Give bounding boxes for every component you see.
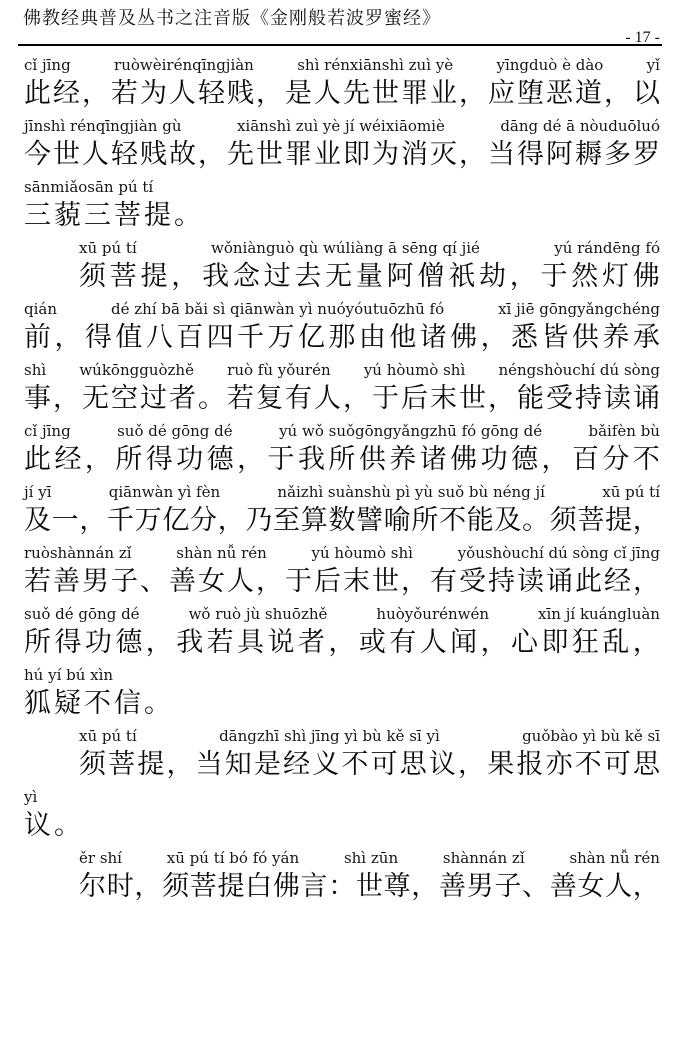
- pinyin-line: qiándé zhí bā bǎi sì qiānwàn yì nuóyóutu…: [24, 299, 660, 320]
- hanzi-char: 罪: [285, 137, 312, 172]
- hanzi-char: 以: [633, 76, 660, 111]
- hanzi-char: 子: [111, 564, 138, 599]
- hanzi-line: 及一，千万亿分，乃至算数譬喻所不能及。须菩提，: [24, 503, 660, 538]
- hanzi-char: 时: [107, 869, 134, 904]
- pinyin-line: yì: [24, 787, 660, 808]
- pinyin-line: jí yīqiānwàn yì fènnǎizhì suànshù pì yù …: [24, 482, 660, 503]
- pinyin-line: xū pú tídāngzhī shì jīng yì bù kě sī yìg…: [79, 726, 660, 747]
- hanzi-char: 若: [111, 76, 138, 111]
- hanzi-char: 提: [217, 869, 244, 904]
- hanzi-char: 算: [301, 503, 328, 538]
- hanzi-char: 义: [312, 747, 339, 782]
- hanzi-char: 持: [488, 564, 515, 599]
- hanzi-char: ，: [134, 869, 161, 904]
- hanzi-char: 提: [141, 259, 168, 294]
- pinyin-group: yīngduò è dào: [496, 55, 603, 76]
- hanzi-char: 所: [411, 503, 438, 538]
- pinyin-group: cǐ jīng: [24, 55, 71, 76]
- hanzi-char: 万: [135, 503, 162, 538]
- hanzi-char: 罗: [633, 137, 660, 172]
- hanzi-char: 者: [169, 381, 196, 416]
- pinyin-group: wǒ ruò jù shuōzhě: [189, 604, 328, 625]
- hanzi-char: 一: [52, 503, 79, 538]
- hanzi-char: 轻: [111, 137, 138, 172]
- pinyin-line: hú yí bú xìn: [24, 665, 660, 686]
- pinyin-group: xīn jí kuángluàn: [538, 604, 660, 625]
- hanzi-char: 贱: [227, 76, 254, 111]
- pinyin-group: qiānwàn yì fèn: [109, 482, 220, 503]
- hanzi-line: 前，得值八百四千万亿那由他诸佛，悉皆供养承: [24, 320, 660, 355]
- hanzi-char: 空: [111, 381, 138, 416]
- hanzi-line: 所得功德，我若具说者，或有人闻，心即狂乱，: [24, 625, 660, 660]
- hanzi-char: 功: [85, 625, 112, 660]
- hanzi-char: 须: [550, 503, 577, 538]
- hanzi-char: 我: [298, 442, 325, 477]
- sutra-page: 佛教经典普及丛书之注音版《金刚般若波罗蜜经》 - 17 - cǐ jīngruò…: [0, 0, 690, 1037]
- ruby-line: ruòshànnán zǐshàn nǚ rényú hòumò shìyǒus…: [24, 543, 660, 599]
- hanzi-char: 得: [146, 442, 173, 477]
- pinyin-group: dāngzhī shì jīng yì bù kě sī yì: [219, 726, 440, 747]
- hanzi-char: 世: [372, 76, 399, 111]
- hanzi-char: ，: [218, 503, 245, 538]
- pinyin-group: cǐ jīng: [24, 421, 71, 442]
- pinyin-group: shì zūn: [344, 848, 398, 869]
- hanzi-char: 悉: [511, 320, 538, 355]
- hanzi-char: 人: [314, 381, 341, 416]
- hanzi-char: 此: [24, 76, 51, 111]
- pinyin-group: shì: [24, 360, 46, 381]
- page-header-title: 佛教经典普及丛书之注音版《金刚般若波罗蜜经》: [23, 4, 441, 30]
- pinyin-group: jīnshì rénqīngjiàn gù: [24, 116, 182, 137]
- hanzi-char: 提: [137, 747, 164, 782]
- hanzi-char: ，: [79, 503, 106, 538]
- hanzi-char: 尔: [79, 869, 106, 904]
- hanzi-char: 诵: [546, 564, 573, 599]
- hanzi-char: 百: [176, 320, 203, 355]
- hanzi-char: 此: [575, 564, 602, 599]
- pinyin-group: yú wǒ suǒgōngyǎngzhū fó gōng dé: [279, 421, 542, 442]
- hanzi-char: 所: [328, 442, 355, 477]
- pinyin-group: yú rándēng fó: [554, 238, 660, 259]
- hanzi-char: 经: [604, 564, 631, 599]
- hanzi-char: 消: [401, 137, 428, 172]
- hanzi-char: 诵: [633, 381, 660, 416]
- hanzi-char: 业: [430, 76, 457, 111]
- hanzi-char: 可: [371, 747, 398, 782]
- hanzi-char: 人: [314, 76, 341, 111]
- hanzi-char: ，: [633, 869, 660, 904]
- ruby-line: shìwúkōngguòzhěruò fù yǒurényú hòumò shì…: [24, 360, 660, 416]
- ruby-line: yì议。: [24, 787, 660, 843]
- hanzi-char: 若: [207, 625, 234, 660]
- hanzi-char: 今: [24, 137, 51, 172]
- hanzi-char: 得: [54, 625, 81, 660]
- pinyin-group: jí yī: [24, 482, 52, 503]
- hanzi-char: 数: [328, 503, 355, 538]
- hanzi-char: 诸: [420, 442, 447, 477]
- hanzi-char: 、: [522, 869, 549, 904]
- hanzi-char: 供: [359, 442, 386, 477]
- hanzi-char: 为: [140, 76, 167, 111]
- hanzi-char: 先: [227, 137, 254, 172]
- pinyin-group: xiānshì zuì yè jí wéixiāomiè: [237, 116, 445, 137]
- hanzi-char: 菩: [577, 503, 604, 538]
- hanzi-line: 议。: [24, 808, 660, 843]
- hanzi-char: 心: [511, 625, 538, 660]
- hanzi-char: 当: [196, 747, 223, 782]
- hanzi-char: 及: [494, 503, 521, 538]
- hanzi-char: 受: [459, 564, 486, 599]
- hanzi-char: ，: [633, 625, 660, 660]
- hanzi-char: 有: [389, 625, 416, 660]
- hanzi-char: 业: [314, 137, 341, 172]
- hanzi-char: 于: [268, 442, 295, 477]
- hanzi-char: 耨: [575, 137, 602, 172]
- hanzi-char: 分: [602, 442, 629, 477]
- pinyin-group: yǒushòuchí dú sòng cǐ jīng: [458, 543, 660, 564]
- hanzi-char: 那: [328, 320, 355, 355]
- hanzi-char: 当: [488, 137, 515, 172]
- hanzi-char: 经: [283, 747, 310, 782]
- hanzi-char: 有: [430, 564, 457, 599]
- pinyin-group: shàn nǚ rén: [176, 543, 267, 564]
- hanzi-char: ，: [459, 76, 486, 111]
- hanzi-char: 世: [256, 137, 283, 172]
- pinyin-group: guǒbào yì bù kě sī: [522, 726, 660, 747]
- hanzi-char: 子: [494, 869, 521, 904]
- hanzi-char: 先: [343, 76, 370, 111]
- hanzi-char: 若: [227, 381, 254, 416]
- hanzi-char: 读: [517, 564, 544, 599]
- hanzi-char: 须: [162, 869, 189, 904]
- hanzi-char: 我: [202, 259, 229, 294]
- hanzi-char: ：: [328, 869, 355, 904]
- hanzi-char: 事: [24, 381, 51, 416]
- pinyin-group: ruòshànnán zǐ: [24, 543, 132, 564]
- hanzi-line: 狐疑不信。: [24, 686, 660, 721]
- hanzi-char: 量: [356, 259, 383, 294]
- pinyin-line: ruòshànnán zǐshàn nǚ rényú hòumò shìyǒus…: [24, 543, 660, 564]
- pinyin-group: ěr shí: [79, 848, 122, 869]
- pinyin-line: shìwúkōngguòzhěruò fù yǒurényú hòumò shì…: [24, 360, 660, 381]
- hanzi-char: ，: [166, 747, 193, 782]
- pinyin-group: ruò fù yǒurén: [227, 360, 330, 381]
- hanzi-char: 前: [24, 320, 51, 355]
- ruby-line: sānmiǎosān pú tí三藐三菩提。: [24, 177, 660, 233]
- ruby-line: ěr shíxū pú tí bó fó yánshì zūnshànnán z…: [24, 848, 660, 904]
- hanzi-char: 经: [54, 442, 81, 477]
- hanzi-char: 男: [467, 869, 494, 904]
- pinyin-group: suǒ dé gōng dé: [24, 604, 140, 625]
- hanzi-line: 若善男子、善女人，于后末世，有受持读诵此经，: [24, 564, 660, 599]
- hanzi-char: ，: [510, 259, 537, 294]
- hanzi-char: 人: [420, 625, 447, 660]
- hanzi-line: 三藐三菩提。: [24, 198, 660, 233]
- hanzi-line: 须菩提，当知是经义不可思议，果报亦不可思: [79, 747, 660, 782]
- hanzi-char: 议: [429, 747, 456, 782]
- hanzi-char: 为: [372, 137, 399, 172]
- pinyin-group: shànnán zǐ: [443, 848, 525, 869]
- hanzi-char: 恶: [546, 76, 573, 111]
- hanzi-char: 供: [572, 320, 599, 355]
- hanzi-char: 人: [82, 137, 109, 172]
- hanzi-char: ，: [401, 564, 428, 599]
- hanzi-char: 佛: [450, 320, 477, 355]
- hanzi-char: 亿: [162, 503, 189, 538]
- pinyin-group: dé zhí bā bǎi sì qiānwàn yì nuóyóutuōzhū…: [111, 299, 444, 320]
- sutra-text-body: cǐ jīngruòwèirénqīngjiànshì rénxiānshì z…: [24, 55, 660, 909]
- hanzi-char: 譬: [356, 503, 383, 538]
- hanzi-char: 即: [343, 137, 370, 172]
- pinyin-group: bǎifèn bù: [589, 421, 660, 442]
- pinyin-line: cǐ jīngruòwèirénqīngjiànshì rénxiānshì z…: [24, 55, 660, 76]
- hanzi-char: 世: [356, 869, 383, 904]
- hanzi-char: 故: [169, 137, 196, 172]
- hanzi-char: 受: [546, 381, 573, 416]
- hanzi-char: 无: [325, 259, 352, 294]
- hanzi-char: 阿: [546, 137, 573, 172]
- hanzi-char: 女: [198, 564, 225, 599]
- hanzi-char: ，: [256, 564, 283, 599]
- hanzi-char: 乱: [602, 625, 629, 660]
- hanzi-char: 功: [481, 442, 508, 477]
- pinyin-group: néngshòuchí dú sòng: [498, 360, 660, 381]
- ruby-line: qiándé zhí bā bǎi sì qiānwàn yì nuóyóutu…: [24, 299, 660, 355]
- hanzi-char: 德: [207, 442, 234, 477]
- pinyin-group: wúkōngguòzhě: [79, 360, 194, 381]
- ruby-line: suǒ dé gōng déwǒ ruò jù shuōzhěhuòyǒurén…: [24, 604, 660, 660]
- hanzi-char: 闻: [450, 625, 477, 660]
- hanzi-char: ，: [256, 76, 283, 111]
- hanzi-char: 承: [633, 320, 660, 355]
- hanzi-char: 思: [633, 747, 660, 782]
- hanzi-char: 僧: [417, 259, 444, 294]
- hanzi-char: 提: [605, 503, 632, 538]
- hanzi-char: 所: [24, 625, 51, 660]
- hanzi-char: 后: [401, 381, 428, 416]
- hanzi-char: 不: [633, 442, 660, 477]
- hanzi-char: 即: [541, 625, 568, 660]
- hanzi-char: 有: [285, 381, 312, 416]
- hanzi-char: ，: [171, 259, 198, 294]
- pinyin-group: shì rénxiānshì zuì yè: [297, 55, 453, 76]
- hanzi-char: 。: [198, 381, 225, 416]
- hanzi-char: 去: [294, 259, 321, 294]
- hanzi-char: 灯: [602, 259, 629, 294]
- hanzi-char: 八: [146, 320, 173, 355]
- hanzi-char: ，: [411, 869, 438, 904]
- hanzi-char: ，: [488, 381, 515, 416]
- hanzi-char: 思: [400, 747, 427, 782]
- hanzi-char: 果: [487, 747, 514, 782]
- pinyin-line: jīnshì rénqīngjiàn gùxiānshì zuì yè jí w…: [24, 116, 660, 137]
- hanzi-char: 菩: [190, 869, 217, 904]
- hanzi-char: ，: [146, 625, 173, 660]
- hanzi-char: 、: [140, 564, 167, 599]
- hanzi-char: 道: [575, 76, 602, 111]
- pinyin-group: xū pú tí: [79, 238, 137, 259]
- hanzi-char: 后: [314, 564, 341, 599]
- hanzi-char: 须: [79, 259, 106, 294]
- hanzi-char: 不: [341, 747, 368, 782]
- hanzi-char: 能: [517, 381, 544, 416]
- pinyin-group: nǎizhì suànshù pì yù suǒ bù néng jí: [277, 482, 545, 503]
- hanzi-char: 应: [488, 76, 515, 111]
- pinyin-group: xū pú tí: [602, 482, 660, 503]
- hanzi-char: 。: [522, 503, 549, 538]
- hanzi-char: 具: [237, 625, 264, 660]
- hanzi-char: 菩: [110, 259, 137, 294]
- hanzi-char: 值: [115, 320, 142, 355]
- hanzi-char: 养: [602, 320, 629, 355]
- ruby-line: hú yí bú xìn狐疑不信。: [24, 665, 660, 721]
- hanzi-char: 男: [82, 564, 109, 599]
- hanzi-char: 过: [140, 381, 167, 416]
- hanzi-char: 于: [372, 381, 399, 416]
- hanzi-char: 轻: [198, 76, 225, 111]
- hanzi-char: ，: [481, 320, 508, 355]
- hanzi-char: 皆: [541, 320, 568, 355]
- hanzi-char: ，: [604, 76, 631, 111]
- hanzi-char: 人: [169, 76, 196, 111]
- hanzi-char: 多: [604, 137, 631, 172]
- hanzi-char: 佛: [273, 869, 300, 904]
- hanzi-char: 复: [256, 381, 283, 416]
- hanzi-char: 须: [79, 747, 106, 782]
- hanzi-line: 此经，若为人轻贱，是人先世罪业，应堕恶道，以: [24, 76, 660, 111]
- hanzi-char: 劫: [479, 259, 506, 294]
- hanzi-char: 世: [459, 381, 486, 416]
- pinyin-group: huòyǒurénwén: [376, 604, 489, 625]
- hanzi-char: 亦: [546, 747, 573, 782]
- hanzi-char: 无: [82, 381, 109, 416]
- hanzi-char: 世: [53, 137, 80, 172]
- hanzi-char: 知: [225, 747, 252, 782]
- hanzi-char: 女: [577, 869, 604, 904]
- hanzi-char: 功: [176, 442, 203, 477]
- pinyin-group: suǒ dé gōng dé: [117, 421, 233, 442]
- hanzi-char: ，: [458, 747, 485, 782]
- ruby-line: cǐ jīngsuǒ dé gōng déyú wǒ suǒgōngyǎngzh…: [24, 421, 660, 477]
- pinyin-group: ruòwèirénqīngjiàn: [114, 55, 254, 76]
- hanzi-char: 得: [517, 137, 544, 172]
- hanzi-char: 能: [467, 503, 494, 538]
- hanzi-char: ，: [85, 442, 112, 477]
- hanzi-char: 我: [176, 625, 203, 660]
- hanzi-char: 白: [245, 869, 272, 904]
- hanzi-line: 须菩提，我念过去无量阿僧祇劫，于然灯佛: [79, 259, 660, 294]
- hanzi-char: ，: [82, 76, 109, 111]
- pinyin-group: yǐ: [647, 55, 660, 76]
- hanzi-char: 他: [389, 320, 416, 355]
- ruby-line: jīnshì rénqīngjiàn gùxiānshì zuì yè jí w…: [24, 116, 660, 172]
- pinyin-group: qián: [24, 299, 57, 320]
- hanzi-line: 事，无空过者。若复有人，于后末世，能受持读诵: [24, 381, 660, 416]
- hanzi-char: ，: [481, 625, 508, 660]
- hanzi-char: 过: [264, 259, 291, 294]
- hanzi-char: 乃: [245, 503, 272, 538]
- hanzi-char: 持: [575, 381, 602, 416]
- hanzi-char: 报: [516, 747, 543, 782]
- hanzi-char: 若: [24, 564, 51, 599]
- hanzi-char: 人: [227, 564, 254, 599]
- hanzi-char: 所: [115, 442, 142, 477]
- hanzi-char: ，: [198, 137, 225, 172]
- hanzi-char: 菩: [108, 747, 135, 782]
- ruby-line: xū pú tídāngzhī shì jīng yì bù kě sī yìg…: [24, 726, 660, 782]
- hanzi-char: 于: [540, 259, 567, 294]
- pinyin-group: dāng dé ā nòuduōluó: [500, 116, 660, 137]
- hanzi-char: ，: [53, 381, 80, 416]
- hanzi-char: ，: [237, 442, 264, 477]
- hanzi-char: 经: [53, 76, 80, 111]
- hanzi-char: 喻: [384, 503, 411, 538]
- hanzi-char: 尊: [384, 869, 411, 904]
- hanzi-char: ，: [633, 564, 660, 599]
- hanzi-char: 由: [359, 320, 386, 355]
- hanzi-char: 不: [575, 747, 602, 782]
- hanzi-char: 念: [233, 259, 260, 294]
- pinyin-line: ěr shíxū pú tí bó fó yánshì zūnshànnán z…: [79, 848, 660, 869]
- ruby-line: jí yīqiānwàn yì fènnǎizhì suànshù pì yù …: [24, 482, 660, 538]
- pinyin-group: wǒniànguò qù wúliàng ā sēng qí jié: [211, 238, 480, 259]
- hanzi-char: ，: [459, 137, 486, 172]
- hanzi-char: 狂: [572, 625, 599, 660]
- hanzi-char: ，: [343, 381, 370, 416]
- hanzi-char: 贱: [140, 137, 167, 172]
- hanzi-char: 德: [115, 625, 142, 660]
- hanzi-line: 此经，所得功德，于我所供养诸佛功德，百分不: [24, 442, 660, 477]
- hanzi-char: ，: [328, 625, 355, 660]
- pinyin-line: cǐ jīngsuǒ dé gōng déyú wǒ suǒgōngyǎngzh…: [24, 421, 660, 442]
- hanzi-char: 可: [604, 747, 631, 782]
- pinyin-line: sānmiǎosān pú tí: [24, 177, 660, 198]
- hanzi-char: 分: [190, 503, 217, 538]
- pinyin-group: xī jiē gōngyǎngchéng: [498, 299, 660, 320]
- hanzi-char: 此: [24, 442, 51, 477]
- ruby-line: xū pú tíwǒniànguò qù wúliàng ā sēng qí j…: [24, 238, 660, 294]
- hanzi-char: 百: [572, 442, 599, 477]
- pinyin-group: xū pú tí: [79, 726, 137, 747]
- hanzi-char: 祇: [448, 259, 475, 294]
- hanzi-char: 养: [389, 442, 416, 477]
- hanzi-char: 人: [605, 869, 632, 904]
- hanzi-char: 是: [285, 76, 312, 111]
- hanzi-char: 或: [359, 625, 386, 660]
- ruby-line: cǐ jīngruòwèirénqīngjiànshì rénxiānshì z…: [24, 55, 660, 111]
- hanzi-char: 亿: [298, 320, 325, 355]
- hanzi-char: 善: [53, 564, 80, 599]
- header-divider-rule: [18, 44, 662, 46]
- hanzi-char: 末: [430, 381, 457, 416]
- hanzi-char: 阿: [387, 259, 414, 294]
- hanzi-char: 万: [268, 320, 295, 355]
- hanzi-line: 尔时，须菩提白佛言：世尊，善男子、善女人，: [79, 869, 660, 904]
- pinyin-group: yú hòumò shì: [312, 543, 413, 564]
- pinyin-line: suǒ dé gōng déwǒ ruò jù shuōzhěhuòyǒurén…: [24, 604, 660, 625]
- hanzi-char: ，: [541, 442, 568, 477]
- hanzi-line: 今世人轻贱故，先世罪业即为消灭，当得阿耨多罗: [24, 137, 660, 172]
- hanzi-char: 不: [439, 503, 466, 538]
- hanzi-char: 千: [237, 320, 264, 355]
- hanzi-char: 于: [285, 564, 312, 599]
- pinyin-line: xū pú tíwǒniànguò qù wúliàng ā sēng qí j…: [79, 238, 660, 259]
- hanzi-char: 诸: [420, 320, 447, 355]
- hanzi-char: 千: [107, 503, 134, 538]
- hanzi-char: 得: [85, 320, 112, 355]
- hanzi-char: 是: [254, 747, 281, 782]
- hanzi-char: 者: [298, 625, 325, 660]
